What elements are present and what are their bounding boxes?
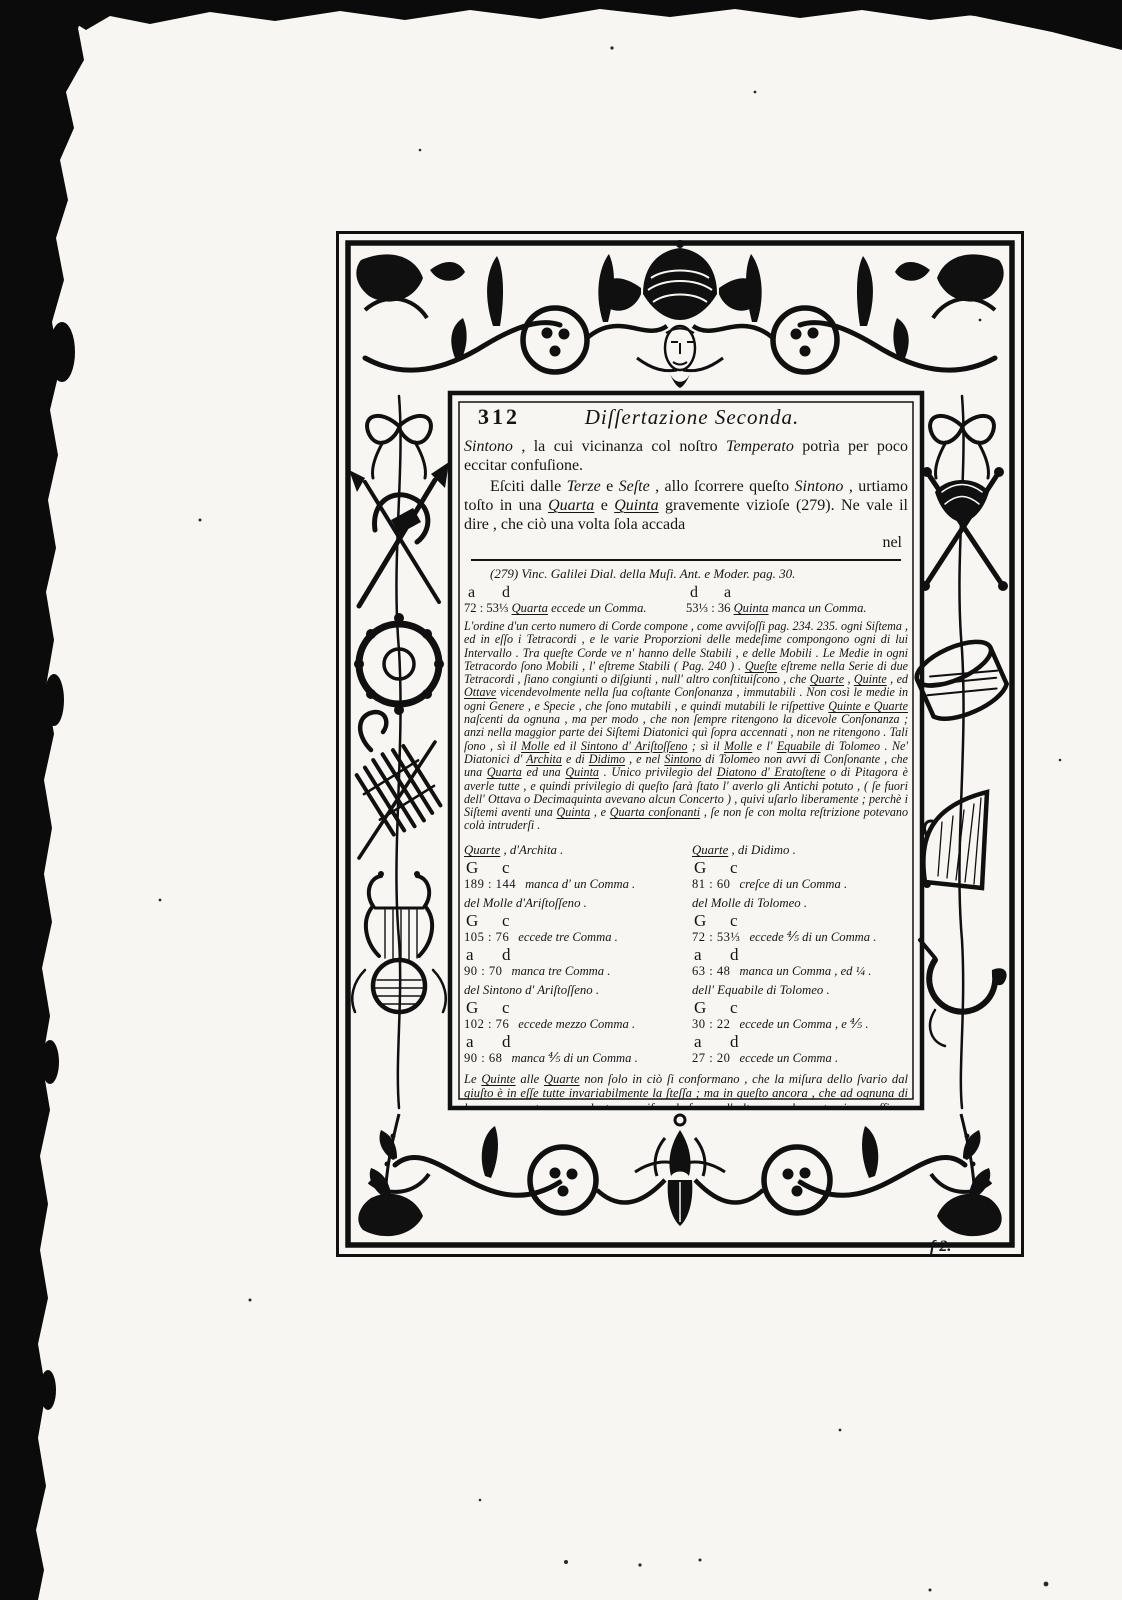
staff-icon: [359, 742, 435, 858]
ribbon-cord: [396, 396, 400, 1108]
letter: d: [690, 585, 720, 600]
ratio-row: 72 : 53⅓eccede ⅘ di un Comma .: [692, 930, 908, 944]
text-segment: manca un Comma.: [769, 601, 867, 615]
text-segment: Quarta: [548, 497, 594, 514]
text-segment: Quarta conſonanti: [610, 805, 700, 819]
note-letters: Gc: [466, 912, 680, 929]
ratio-description: manca tre Comma .: [511, 964, 610, 978]
bottom-border-ornament: [358, 1114, 1001, 1236]
running-title: Diſſertazione Seconda.: [520, 405, 904, 430]
text-segment: Quinte: [481, 1072, 515, 1086]
closing-paragraph: Le Quinte alle Quarte non ſolo in ciò ſi…: [464, 1072, 908, 1106]
top-border-ornament: [356, 240, 1003, 388]
ratio-group-heading: del Sintono d' Ariſtoſſeno .: [464, 983, 680, 997]
ribbon-cord: [959, 396, 963, 1108]
ratio-description: manca un Comma , ed ¼ .: [739, 964, 871, 978]
horn-and-trumpet-icon: [349, 462, 449, 606]
letter: a: [468, 585, 498, 600]
letter: c: [502, 998, 510, 1017]
ratio-row: 30 : 22eccede un Comma , e ⅘ .: [692, 1017, 908, 1031]
ratio-column: Quarte , di Didimo .Gc81 : 60creſce di u…: [692, 838, 908, 1065]
ratio-row: 63 : 48manca un Comma , ed ¼ .: [692, 964, 908, 978]
text-segment: e di: [562, 752, 589, 766]
letter: a: [466, 946, 502, 963]
ratio-value: 90 : 70: [464, 964, 502, 978]
ratio-value: 90 : 68: [464, 1051, 502, 1065]
ratio-description: creſce di un Comma .: [739, 877, 847, 891]
ratio-description: eccede un Comma .: [739, 1051, 838, 1065]
right-ratio-text: 53⅓ : 36 Quinta manca un Comma.: [686, 601, 908, 616]
footnote-rule: [471, 559, 902, 561]
ratio-row: 27 : 20eccede un Comma .: [692, 1051, 908, 1065]
text-segment: Quinta: [565, 765, 599, 779]
text-segment: dell' Equabile di Tolomeo .: [692, 983, 830, 997]
ratio-description: eccede tre Comma .: [518, 930, 618, 944]
ratio-columns: Quarte , d'Archita .Gc189 : 144manca d' …: [464, 838, 908, 1065]
tambourine-icon: [354, 613, 444, 715]
left-ratio-text: 72 : 53⅓ Quarta eccede un Comma.: [464, 601, 686, 616]
text-segment: Quinte: [854, 672, 887, 686]
text-segment: Queſte: [745, 659, 777, 673]
text-block: 312 Diſſertazione Seconda. Sintono , la …: [452, 396, 920, 1106]
top-edge-artifact: [0, 0, 1122, 30]
text-segment: Diatono d' Eratoſtene: [717, 765, 826, 779]
note-letters: Gc: [694, 999, 908, 1016]
ratio-description: manca d' un Comma .: [525, 877, 635, 891]
text-segment: Seſte: [619, 478, 650, 495]
letter: G: [466, 912, 502, 929]
text-segment: (279) Vinc. Galilei Dial. della Muſi. An…: [490, 566, 795, 581]
hunting-horn-icon: [920, 940, 1007, 1046]
text-segment: Ottave: [464, 685, 496, 699]
ratio-group-heading: Quarte , di Didimo .: [692, 843, 908, 857]
ratio-value: 72 : 53⅓: [692, 930, 740, 944]
text-segment: Quinta: [557, 805, 591, 819]
text-segment: eccede un Comma.: [548, 601, 647, 615]
note-letters: Gc: [694, 912, 908, 929]
text-segment: Equabile: [777, 739, 821, 753]
text-segment: Sintono d' Ariſtoſſeno: [581, 739, 688, 753]
ratio-description: eccede ⅘ di un Comma .: [749, 930, 876, 944]
letter: c: [502, 911, 510, 930]
left-ratio-letters: a d: [464, 585, 686, 600]
ratio-description: eccede un Comma , e ⅘ .: [739, 1017, 868, 1031]
text-segment: Terze: [567, 478, 601, 495]
letter: c: [730, 998, 738, 1017]
letter: a: [724, 584, 731, 601]
right-ratio-letters: d a: [686, 585, 908, 600]
text-segment: . Unico privilegio del: [599, 765, 717, 779]
left-instruments-ornament: [349, 396, 449, 1108]
mask-face-ornament: [665, 326, 695, 388]
text-segment: e l': [752, 739, 777, 753]
catchword: nel: [464, 534, 908, 552]
text-segment: , allo ſcorrere queſto: [650, 478, 795, 495]
ratio-value: 105 : 76: [464, 930, 509, 944]
letter: d: [502, 945, 511, 964]
ratio-header-values: 72 : 53⅓ Quarta eccede un Comma. 53⅓ : 3…: [464, 600, 908, 616]
text-segment: ,: [844, 672, 854, 686]
text-segment: , e nel: [625, 752, 664, 766]
ratio-value: 30 : 22: [692, 1017, 730, 1031]
text-segment: Quarta: [487, 765, 522, 779]
text-segment: Quarte: [810, 672, 844, 686]
text-segment: Quarte: [544, 1072, 580, 1086]
text-segment: Quarte: [464, 843, 500, 857]
letter: G: [466, 859, 502, 876]
ratio-header-letters: a d d a: [464, 585, 908, 600]
text-segment: e: [594, 497, 614, 514]
note-letters: ad: [466, 946, 680, 963]
ratio-value: 63 : 48: [692, 964, 730, 978]
text-segment: ed il: [549, 739, 580, 753]
text-segment: 53⅓ : 36: [686, 601, 734, 615]
text-segment: Archita: [526, 752, 562, 766]
note-letters: Gc: [694, 859, 908, 876]
page-number: 312: [478, 404, 520, 430]
note-letters: ad: [694, 946, 908, 963]
right-instruments-ornament: [911, 396, 1012, 1108]
top-right-corner-artifact: [858, 0, 1122, 50]
text-segment: del Sintono d' Ariſtoſſeno .: [464, 983, 599, 997]
text-segment: Eſciti dalle: [490, 478, 567, 495]
footnote-citation: (279) Vinc. Galilei Dial. della Muſi. An…: [464, 566, 908, 582]
text-segment: alle: [516, 1072, 544, 1086]
text-segment: e: [601, 478, 619, 495]
drum-icon: [911, 633, 1012, 728]
text-segment: Molle: [521, 739, 549, 753]
ratio-row: 189 : 144manca d' un Comma .: [464, 877, 680, 891]
letter: a: [466, 1033, 502, 1050]
scanned-book-page: 312 Diſſertazione Seconda. Sintono , la …: [0, 0, 1122, 1600]
note-letters: ad: [466, 1033, 680, 1050]
ratio-description: eccede mezzo Comma .: [518, 1017, 635, 1031]
crossed-batons-icon: [920, 467, 1008, 591]
ratio-row: 81 : 60creſce di un Comma .: [692, 877, 908, 891]
left-gutter-artifact: [0, 0, 92, 1600]
text-segment: Sintono: [795, 478, 844, 495]
text-segment: , d'Archita .: [500, 843, 563, 857]
letter: G: [694, 912, 730, 929]
page-header: 312 Diſſertazione Seconda.: [478, 404, 904, 430]
ratio-group-heading: Quarte , d'Archita .: [464, 843, 680, 857]
ratio-value: 81 : 60: [692, 877, 730, 891]
ratio-row: 105 : 76eccede tre Comma .: [464, 930, 680, 944]
body-paragraph-2: Eſciti dalle Terze e Seſte , allo ſcorre…: [464, 477, 908, 534]
ratio-description: manca ⅘ di un Comma .: [511, 1051, 637, 1065]
crook-icon: [360, 712, 386, 750]
note-letters: Gc: [466, 859, 680, 876]
ratio-row: 90 : 68manca ⅘ di un Comma .: [464, 1051, 680, 1065]
signature-mark: f 2.: [930, 1238, 951, 1256]
text-segment: , la cui vicinanza col noſtro: [513, 438, 726, 455]
letter: c: [730, 911, 738, 930]
text-segment: , e: [590, 805, 610, 819]
ratio-value: 102 : 76: [464, 1017, 509, 1031]
letter: d: [502, 1032, 511, 1051]
letter: c: [730, 858, 738, 877]
ratio-value: 27 : 20: [692, 1051, 730, 1065]
text-segment: 72 : 53⅓: [464, 601, 512, 615]
ribbon-bow-icon: [367, 416, 431, 478]
footnote-paragraph: L'ordine d'un certo numero di Corde comp…: [464, 620, 908, 833]
text-segment: Le: [464, 1072, 481, 1086]
text-segment: ; sì il: [687, 739, 724, 753]
letter: a: [694, 1033, 730, 1050]
text-segment: Didimo: [589, 752, 625, 766]
letter: d: [730, 945, 739, 964]
ratio-row: 102 : 76eccede mezzo Comma .: [464, 1017, 680, 1031]
text-segment: del Molle di Tolomeo .: [692, 896, 807, 910]
lyre-icon: [352, 871, 446, 1012]
letter: G: [694, 999, 730, 1016]
bottom-center-cartouche: [655, 1115, 705, 1226]
letter: G: [694, 859, 730, 876]
text-segment: Quinta: [614, 497, 658, 514]
text-segment: Quarte: [692, 843, 728, 857]
text-segment: del Molle d'Ariſtoſſeno .: [464, 896, 587, 910]
ratio-group-heading: del Molle di Tolomeo .: [692, 896, 908, 910]
ratio-value: 189 : 144: [464, 877, 516, 891]
ratio-group-heading: del Molle d'Ariſtoſſeno .: [464, 896, 680, 910]
harp-icon: [923, 792, 987, 888]
text-segment: ed una: [522, 765, 566, 779]
text-segment: Quinta: [734, 601, 769, 615]
panpipes-icon: [351, 740, 447, 840]
ratio-column: Quarte , d'Archita .Gc189 : 144manca d' …: [464, 838, 680, 1065]
text-segment: , di Didimo .: [728, 843, 796, 857]
ratio-group-heading: dell' Equabile di Tolomeo .: [692, 983, 908, 997]
body-paragraph-1: Sintono , la cui vicinanza col noſtro Te…: [464, 437, 908, 475]
text-segment: Quarta: [512, 601, 548, 615]
ratio-row: 90 : 70manca tre Comma .: [464, 964, 680, 978]
letter: d: [502, 584, 510, 601]
ribbon-bow-icon: [930, 416, 994, 478]
text-segment: Quinte e Quarte: [828, 699, 908, 713]
letter: c: [502, 858, 510, 877]
text-segment: Molle: [724, 739, 752, 753]
text-segment: Sintono: [664, 752, 701, 766]
letter: d: [730, 1032, 739, 1051]
note-letters: Gc: [466, 999, 680, 1016]
note-letters: ad: [694, 1033, 908, 1050]
text-segment: Sintono: [464, 438, 513, 455]
text-segment: Temperato: [726, 438, 794, 455]
letter: a: [694, 946, 730, 963]
text-segment: , ed: [887, 672, 908, 686]
letter: G: [466, 999, 502, 1016]
